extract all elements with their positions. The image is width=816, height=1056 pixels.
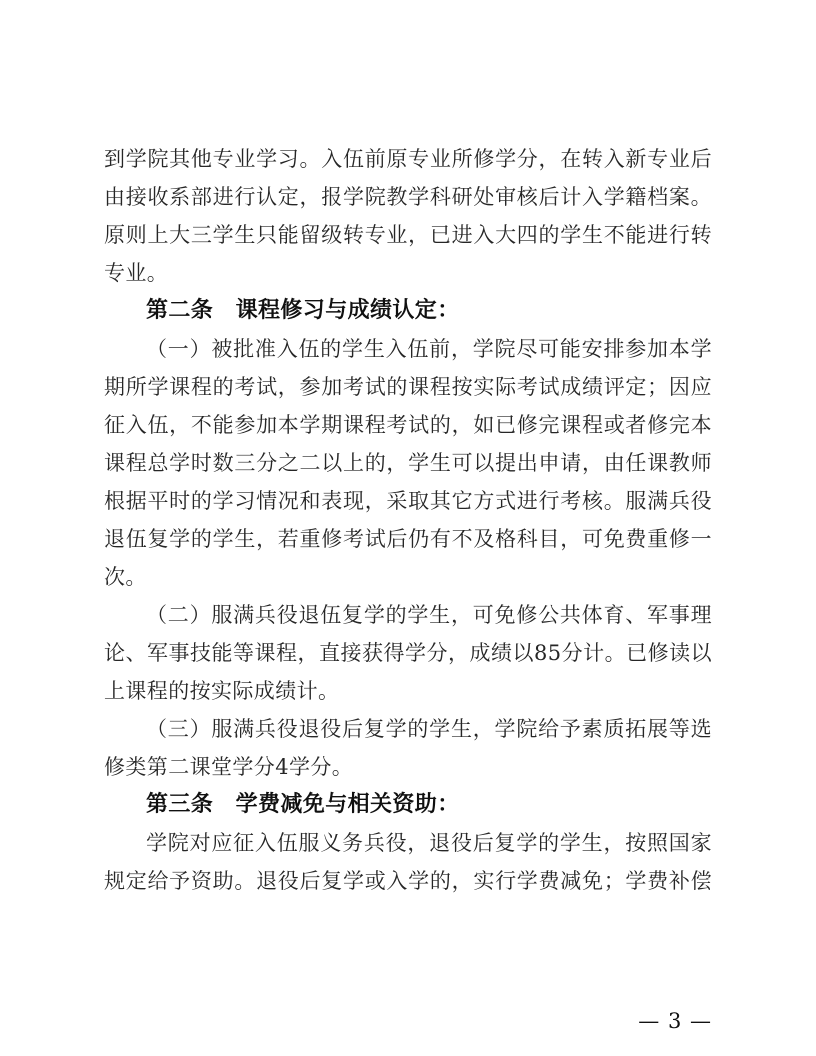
paragraph-item-2: （二）服满兵役退伍复学的学生，可免修公共体育、军事理 论、军事技能等课程，直接获… xyxy=(104,596,712,710)
page-number: — 3 — xyxy=(638,1006,712,1036)
paragraph-item-1: （一）被批准入伍的学生入伍前，学院尽可能安排参加本学 期所学课程的考试，参加考试… xyxy=(104,330,712,596)
body-line: 次。 xyxy=(104,558,712,596)
body-line: 到学院其他专业学习。入伍前原专业所修学分，在转入新专业后 xyxy=(104,140,712,178)
document-page: 到学院其他专业学习。入伍前原专业所修学分，在转入新专业后 由接收系部进行认定，报… xyxy=(0,0,816,1056)
paragraph-item-3: （三）服满兵役退役后复学的学生，学院给予素质拓展等选 修类第二课堂学分4学分。 xyxy=(104,710,712,786)
body-line: 退伍复学的学生，若重修考试后仍有不及格科目，可免费重修一 xyxy=(104,520,712,558)
body-line: 征入伍，不能参加本学期课程考试的，如已修完课程或者修完本 xyxy=(104,406,712,444)
body-line: （一）被批准入伍的学生入伍前，学院尽可能安排参加本学 xyxy=(104,330,712,368)
body-line: 论、军事技能等课程，直接获得学分，成绩以85分计。已修读以 xyxy=(104,634,712,672)
paragraph-article-3: 学院对应征入伍服义务兵役，退役后复学的学生，按照国家 规定给予资助。退役后复学或… xyxy=(104,824,712,900)
body-line: （三）服满兵役退役后复学的学生，学院给予素质拓展等选 xyxy=(104,710,712,748)
body-line: 原则上大三学生只能留级转专业，已进入大四的学生不能进行转 xyxy=(104,216,712,254)
body-line: 规定给予资助。退役后复学或入学的，实行学费减免；学费补偿 xyxy=(104,862,712,900)
body-line: 专业。 xyxy=(104,254,712,292)
body-line: 学院对应征入伍服义务兵役，退役后复学的学生，按照国家 xyxy=(104,824,712,862)
section-heading-article-2: 第二条 课程修习与成绩认定： xyxy=(104,292,712,330)
paragraph-continuation: 到学院其他专业学习。入伍前原专业所修学分，在转入新专业后 由接收系部进行认定，报… xyxy=(104,140,712,292)
body-line: 上课程的按实际成绩计。 xyxy=(104,672,712,710)
page-body: 到学院其他专业学习。入伍前原专业所修学分，在转入新专业后 由接收系部进行认定，报… xyxy=(104,140,712,900)
body-line: 期所学课程的考试，参加考试的课程按实际考试成绩评定；因应 xyxy=(104,368,712,406)
body-line: （二）服满兵役退伍复学的学生，可免修公共体育、军事理 xyxy=(104,596,712,634)
body-line: 根据平时的学习情况和表现，采取其它方式进行考核。服满兵役 xyxy=(104,482,712,520)
body-line: 由接收系部进行认定，报学院教学科研处审核后计入学籍档案。 xyxy=(104,178,712,216)
body-line: 修类第二课堂学分4学分。 xyxy=(104,748,712,786)
section-heading-article-3: 第三条 学费减免与相关资助： xyxy=(104,786,712,824)
body-line: 课程总学时数三分之二以上的，学生可以提出申请，由任课教师 xyxy=(104,444,712,482)
